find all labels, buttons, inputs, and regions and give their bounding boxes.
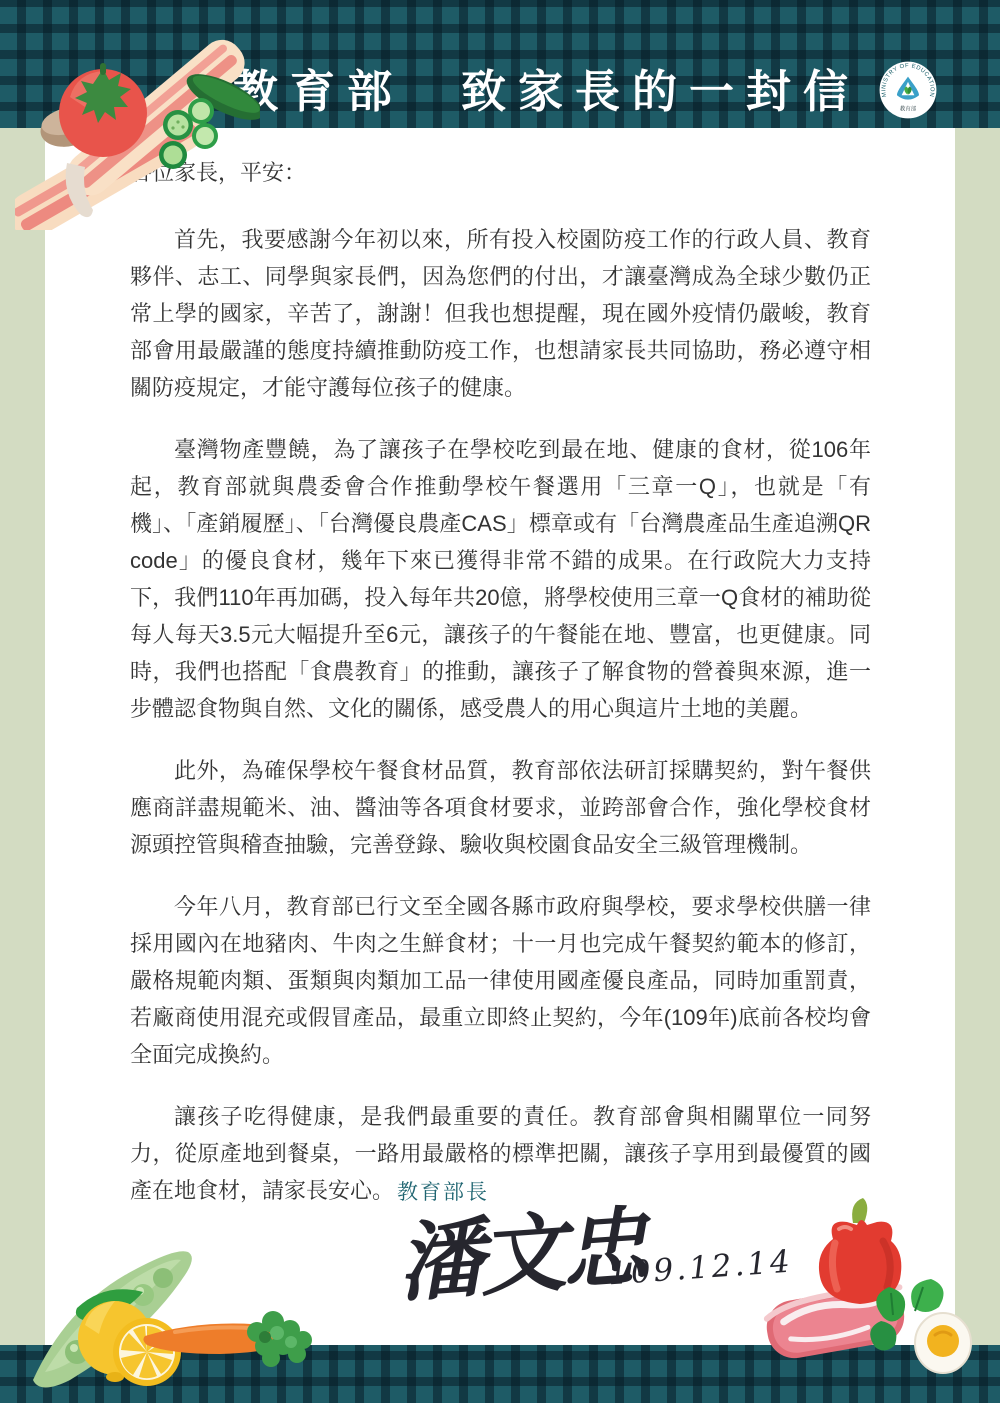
minister-signature: 潘文忠 [393, 1178, 647, 1319]
ministry-of-education-seal-icon: MINISTRY OF EDUCATION 教育部 [879, 61, 937, 119]
letter-body: 各位家長，平安： 首先，我要感謝今年初以來，所有投入校園防疫工作的行政人員、教育… [45, 128, 955, 1209]
paragraph-1: 首先，我要感謝今年初以來，所有投入校園防疫工作的行政人員、教育夥伴、志工、同學與… [130, 221, 871, 406]
paragraph-4: 今年八月，教育部已行文至全國各縣市政府與學校，要求學校供膳一律採用國內在地豬肉、… [130, 888, 871, 1073]
page-title: 教育部 致家長的一封信 [233, 55, 860, 120]
paragraph-2: 臺灣物產豐饒，為了讓孩子在學校吃到最在地、健康的食材，從106年起，教育部就與農… [130, 431, 871, 727]
letter-page: 教育部 致家長的一封信 MINISTRY OF EDUCATION 教育部 各位… [0, 0, 1000, 1403]
letter-sheet: 各位家長，平安： 首先，我要感謝今年初以來，所有投入校園防疫工作的行政人員、教育… [45, 128, 955, 1345]
greeting-line: 各位家長，平安： [130, 154, 871, 191]
bottom-plaid-band [0, 1345, 1000, 1403]
paragraph-3: 此外，為確保學校午餐食材品質，教育部依法研訂採購契約，對午餐供應商詳盡規範米、油… [130, 752, 871, 863]
